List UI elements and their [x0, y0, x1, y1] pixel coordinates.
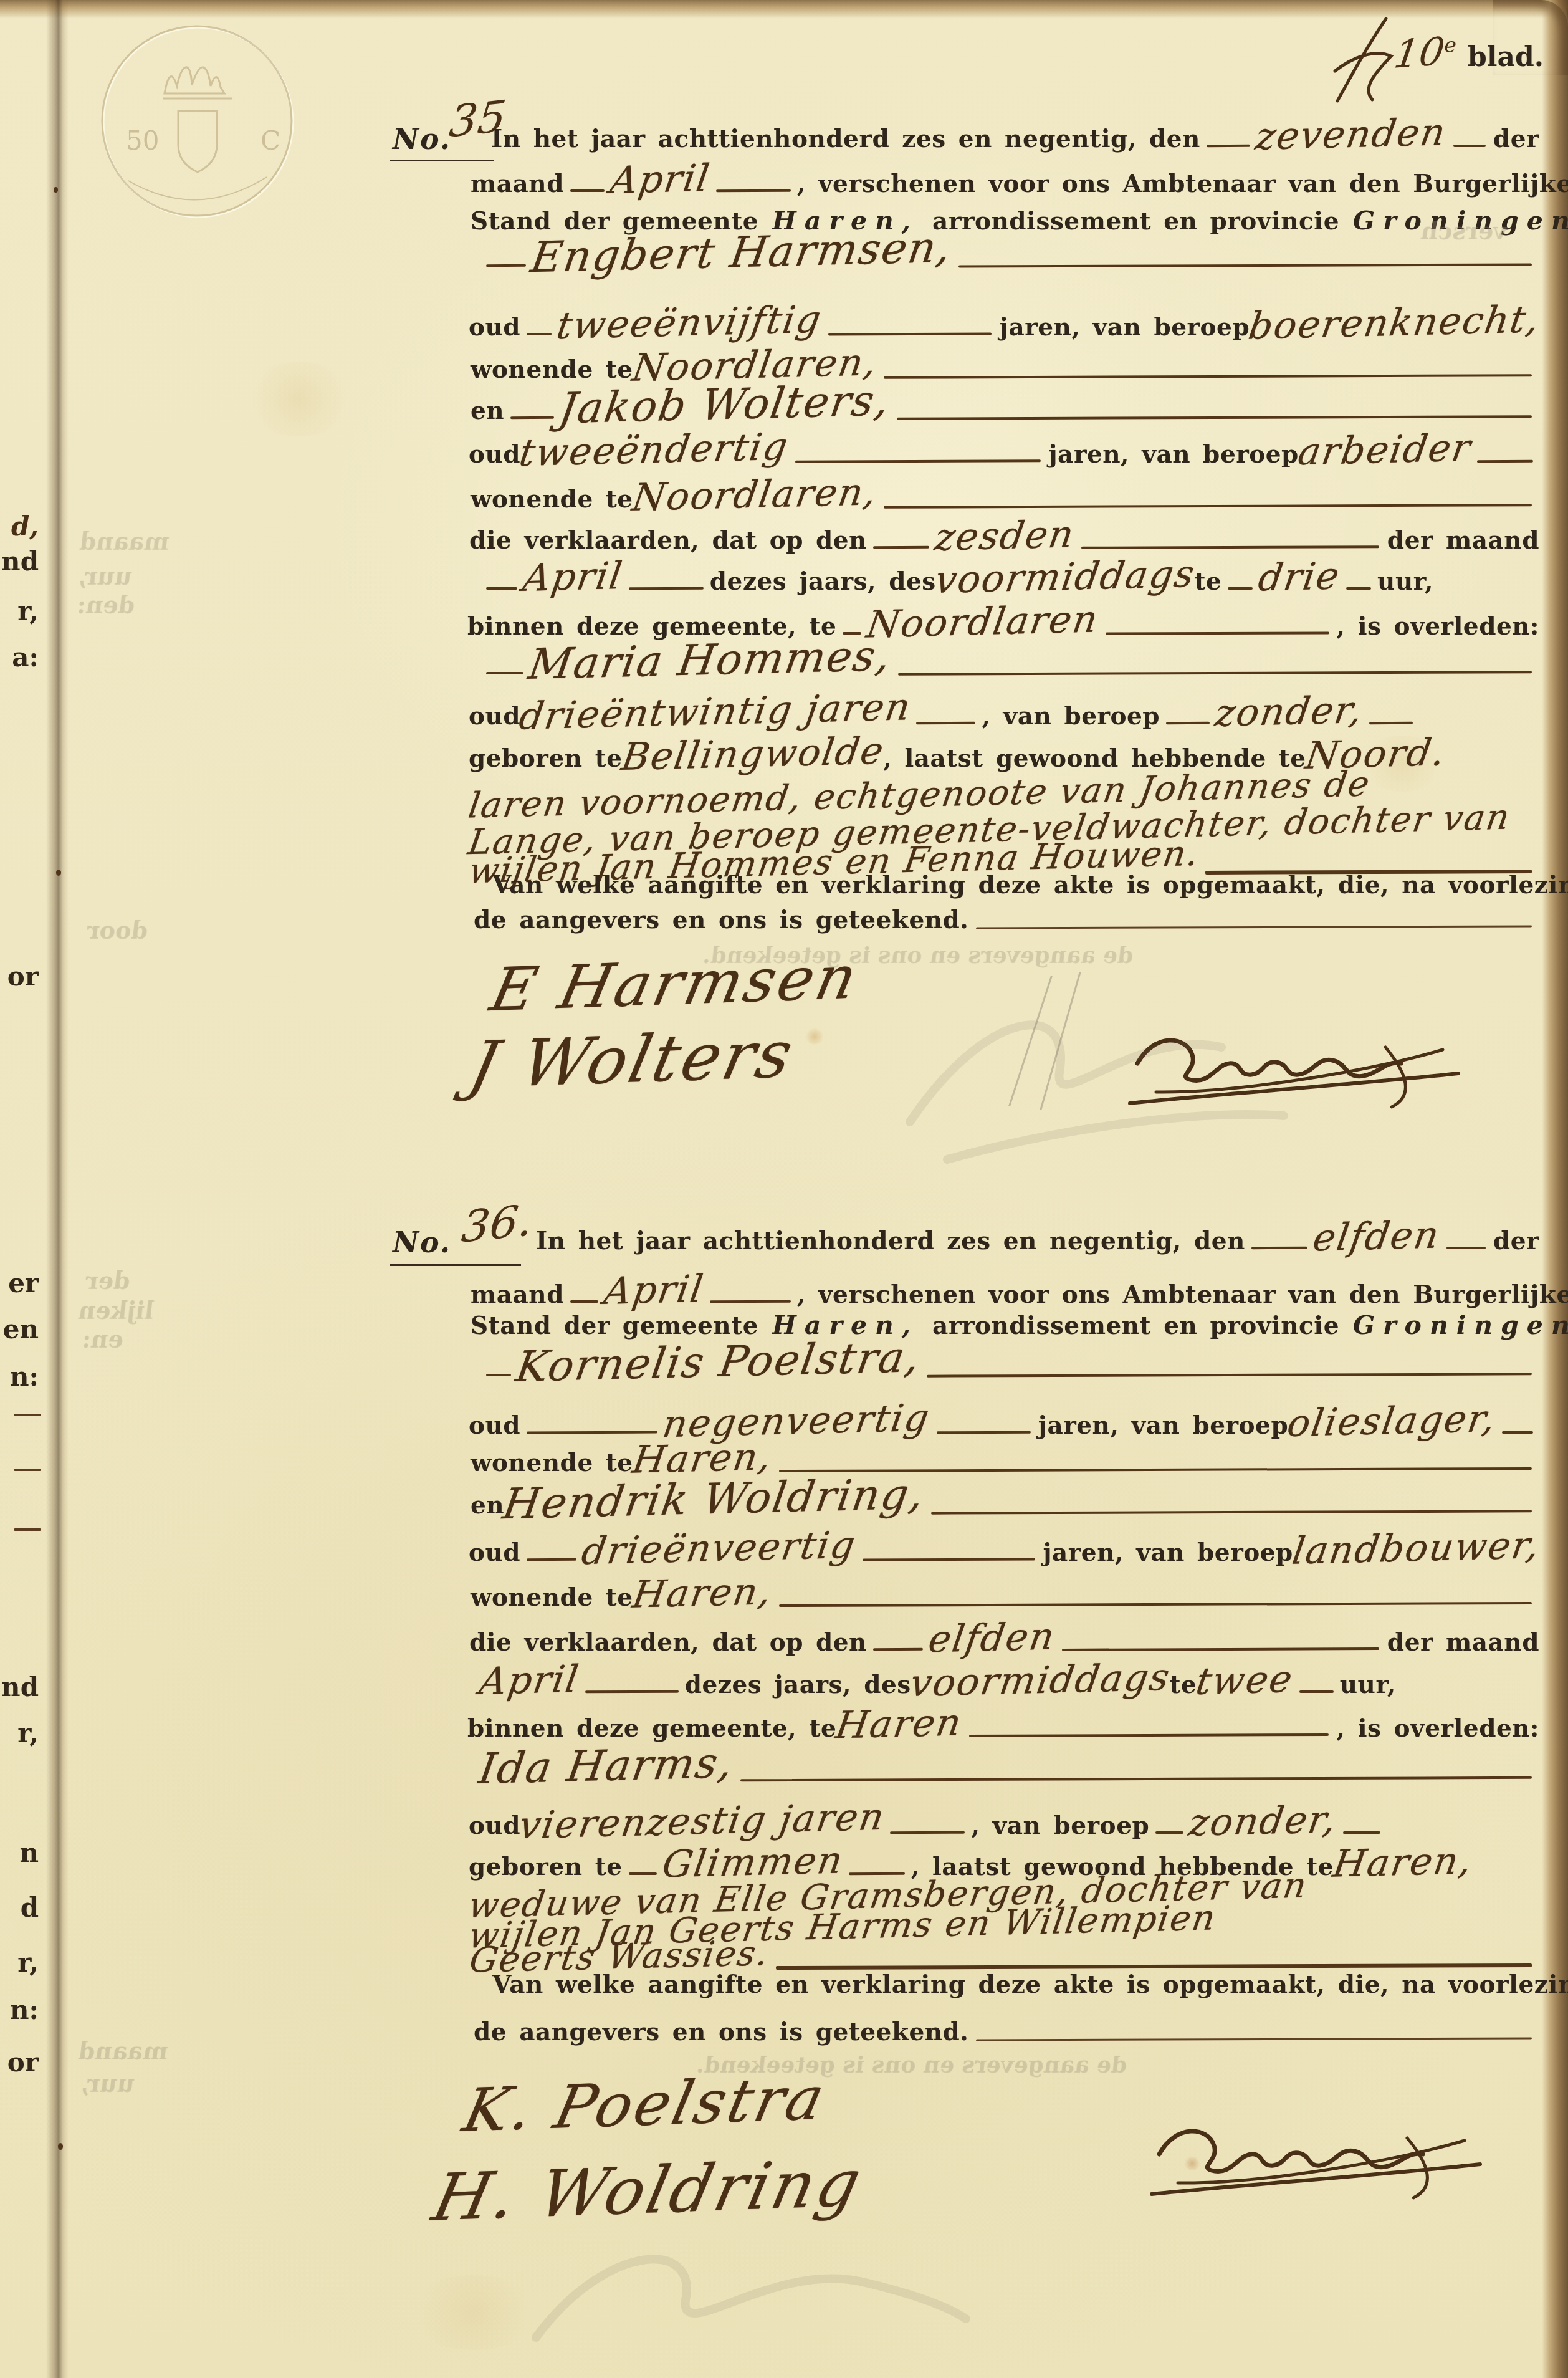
fold-speck	[54, 187, 58, 193]
declarant2-age: drieënveertig	[580, 1527, 859, 1571]
showthrough-text: uur,	[80, 2069, 136, 2098]
margin-fragment: en	[3, 1314, 39, 1345]
printed-text: , is overleden:	[1336, 611, 1539, 642]
margin-dash	[14, 1469, 41, 1471]
printed-text: dezes jaars, des	[685, 1670, 911, 1700]
printed-text: maand	[471, 1280, 564, 1310]
declarant1-name: Engbert Harmsen,	[528, 227, 955, 279]
handwritten-day: elfden	[1311, 1217, 1442, 1257]
line-closing2: de aangevers en ons is geteekend.	[474, 905, 1539, 936]
margin-fragment: r,	[17, 596, 39, 626]
seal-value: 50	[126, 125, 159, 156]
act-number-handwritten: 36.	[459, 1194, 535, 1252]
declarant1-occupation: boerenknecht,	[1246, 300, 1543, 345]
line-death-place: binnen deze gemeente, te Haren , is over…	[467, 1705, 1539, 1744]
printed-text: jaren, van beroep	[1049, 439, 1299, 470]
margin-fragment: n	[19, 1838, 39, 1868]
sheet-word-printed: blad.	[1468, 41, 1544, 73]
death-hour: drie	[1256, 557, 1342, 597]
line-declarant2-name: en Hendrik Woldring,	[471, 1479, 1539, 1521]
death-hour: twee	[1193, 1661, 1296, 1700]
margin-fragment: r,	[17, 1718, 39, 1748]
deceased-age: vierenzestig jaren	[517, 1798, 887, 1844]
line-deceased-age-occupation: oud drieëntwintig jaren , van beroep zon…	[469, 693, 1539, 732]
line-declarant2-age-occupation: oud drieënveertig jaren, van beroep land…	[469, 1530, 1539, 1568]
printed-text: maand	[471, 169, 564, 199]
printed-text: , verschenen voor ons Ambtenaar van den …	[797, 169, 1568, 199]
showthrough-text: den:	[76, 591, 136, 619]
printed-text: binnen deze gemeente, te	[467, 1714, 836, 1744]
margin-fragment: or	[7, 2047, 39, 2078]
showthrough-text: de aangevers en ons is geteekend.	[702, 942, 1135, 969]
declarant1-occupation: olieslager,	[1285, 1400, 1499, 1442]
line-declarant2-name: en Jakob Wolters,	[471, 384, 1539, 426]
printed-text: de aangevers en ons is geteekend.	[474, 2017, 968, 2048]
death-daypart: voormiddags	[907, 1659, 1172, 1702]
death-month: April	[520, 557, 626, 597]
deceased-occupation: zonder,	[1213, 691, 1366, 732]
line-month: maand April , verschenen voor ons Ambten…	[471, 1272, 1539, 1310]
printed-text: jaren, van beroep	[1043, 1538, 1293, 1568]
printed-text: , van beroep	[982, 701, 1160, 732]
fold-speck	[56, 870, 61, 876]
margin-fragment: d	[21, 1892, 39, 1923]
printed-text: oud	[469, 701, 520, 732]
margin-fragment: n:	[10, 1361, 39, 1392]
margin-fragment: r,	[17, 1947, 39, 1978]
showthrough-text: door	[86, 916, 150, 944]
declarant1-name: Kornelis Poelstra,	[514, 1336, 924, 1389]
printed-text: Van welke aangifte en verklaring deze ak…	[492, 870, 1568, 901]
death-day: zesden	[932, 515, 1077, 556]
binding-fold-crease	[46, 0, 69, 2378]
printed-text: de aangevers en ons is geteekend.	[474, 905, 968, 936]
showthrough-text: lijken	[77, 1297, 155, 1325]
line-year-day: In het jaar achttienhonderd zes en negen…	[491, 116, 1539, 155]
declarant1-age: tweeënvijftig	[555, 301, 825, 345]
printed-text: geboren te	[469, 1852, 623, 1882]
book-edge-right	[1542, 0, 1568, 2378]
printed-text: geboren te	[469, 744, 623, 774]
showthrough-signature-ghost	[511, 2219, 985, 2375]
death-place: Noordlaren	[864, 600, 1101, 643]
margin-fragment: n:	[10, 1995, 39, 2025]
declarant2-residence: Haren,	[630, 1573, 775, 1613]
printed-text: der maand	[1387, 525, 1539, 556]
showthrough-text: der	[85, 1267, 132, 1295]
printed-text: oud	[469, 1811, 520, 1841]
margin-dash	[14, 1414, 41, 1416]
line-death-day: die verklaarden, dat op den elfden der m…	[469, 1619, 1539, 1658]
line-closing1: Van welke aangifte en verklaring deze ak…	[492, 870, 1539, 901]
printed-text: In het jaar achttienhonderd zes en negen…	[536, 1226, 1245, 1257]
clerk-paraph-flourish	[1326, 11, 1401, 105]
line-declarant2-age-occupation: oud tweeëndertig jaren, van beroep arbei…	[469, 431, 1539, 470]
fold-speck	[58, 2143, 63, 2150]
handwritten-month: April	[608, 160, 713, 199]
printed-text: jaren, van beroep	[1038, 1411, 1288, 1441]
printed-text: , verschenen voor ons Ambtenaar van den …	[797, 1280, 1568, 1310]
line-death-day: die verklaarden, dat op den zesden der m…	[469, 517, 1539, 556]
printed-text: Stand der gemeente	[471, 1311, 758, 1341]
printed-text: der maand	[1387, 1628, 1539, 1658]
printed-text: oud	[469, 1411, 520, 1441]
line-declarant1-age-occupation: oud tweeënvijftig jaren, van beroep boer…	[469, 304, 1539, 343]
printed-text: wonende te	[471, 355, 633, 385]
death-daypart: voormiddags	[932, 555, 1197, 599]
printed-text: der	[1493, 1226, 1539, 1257]
deceased-name: Maria Hommes,	[526, 635, 894, 686]
act-number-label: No.	[393, 122, 451, 156]
deceased-birthplace: Bellingwolde	[619, 732, 887, 776]
sheet-number-ordinal: e	[1444, 33, 1456, 58]
paper-stain	[805, 1028, 824, 1045]
showthrough-text: versch	[1420, 217, 1509, 245]
printed-text: Van welke aangifte en verklaring deze ak…	[492, 1970, 1568, 2000]
printed-text: en	[471, 1490, 504, 1521]
line-closing1: Van welke aangifte en verklaring deze ak…	[492, 1970, 1539, 2000]
act-number-label: No.	[393, 1225, 451, 1259]
margin-fragment: nd	[1, 1672, 39, 1702]
printed-text: die verklaarden, dat op den	[469, 1628, 867, 1658]
sheet-number-handwritten: 10	[1391, 28, 1447, 77]
line-closing2: de aangevers en ons is geteekend.	[474, 2017, 1539, 2048]
line-declarant1-name: Kornelis Poelstra,	[480, 1341, 1539, 1384]
printed-text: die verklaarden, dat op den	[469, 525, 867, 556]
line-deceased-name: Maria Hommes,	[480, 640, 1539, 682]
line-deceased-birthplace: geboren te Bellingwolde , laatst gewoond…	[469, 736, 1539, 774]
showthrough-text: de aangevers en ons is geteekend.	[696, 2052, 1129, 2078]
printed-text: , van beroep	[971, 1811, 1149, 1841]
line-month: maand April , verschenen voor ons Ambten…	[471, 161, 1539, 199]
signature-declarant1: K. Poelstra	[458, 2068, 831, 2141]
showthrough-text: uur,	[77, 562, 133, 590]
printed-text: wonende te	[471, 1448, 633, 1479]
declarant2-name: Hendrik Woldring,	[500, 1474, 928, 1526]
province-name: Groningen:	[1353, 1310, 1568, 1340]
printed-text: wonende te	[471, 1583, 633, 1613]
line-deceased-age-occupation: oud vierenzestig jaren , van beroep zond…	[469, 1803, 1539, 1841]
printed-text: jaren, van beroep	[1000, 312, 1250, 343]
declarant2-name: Jakob Wolters,	[557, 380, 893, 431]
line-declarant1-name: Engbert Harmsen,	[480, 232, 1539, 274]
showthrough-text: en:	[81, 1325, 125, 1353]
embossed-revenue-seal: 50 C	[93, 17, 303, 227]
death-place: Haren	[833, 1704, 965, 1745]
printed-text: , is overleden:	[1336, 1714, 1539, 1744]
deceased-last-residence: Haren,	[1331, 1842, 1475, 1882]
signature-declarant2: H. Woldring	[428, 2150, 868, 2230]
sheet-label: 10e blad.	[1395, 30, 1544, 75]
death-day: elfden	[926, 1618, 1058, 1659]
deceased-age: drieëntwintig jaren	[517, 688, 914, 735]
printed-text: wonende te	[471, 484, 633, 515]
printed-text: oud	[469, 439, 520, 470]
printed-text: In het jaar achttienhonderd zes en negen…	[491, 124, 1200, 155]
showthrough-text: maand	[77, 2037, 170, 2065]
printed-text: te	[1169, 1670, 1197, 1700]
printed-text: oud	[469, 1538, 520, 1568]
declarant2-age: tweeëndertig	[517, 428, 791, 472]
printed-text: te	[1194, 567, 1221, 597]
line-death-month-hour: April dezes jaars, des voormiddags te dr…	[480, 559, 1539, 597]
line-declarant2-residence: wonende te Noordlaren,	[471, 476, 1539, 515]
line-declarant2-residence: wonende te Haren,	[471, 1575, 1539, 1613]
scanned-register-book: d, nd r, a: or er en n: nd r, n d r, n: …	[0, 0, 1568, 2378]
handwritten-day: zevenden	[1253, 113, 1449, 155]
death-month: April	[477, 1661, 582, 1700]
margin-fragment: a:	[12, 642, 39, 673]
printed-text: uur,	[1340, 1670, 1396, 1700]
line-deceased-name: Ida Harms,	[480, 1745, 1539, 1788]
declarant1-residence: Haren,	[630, 1438, 775, 1479]
printed-text: der	[1493, 124, 1539, 155]
official-signature-flourish	[1140, 2118, 1489, 2208]
declarant2-occupation: landbouwer,	[1289, 1527, 1542, 1570]
margin-fragment: er	[8, 1268, 39, 1298]
margin-fragment: d,	[11, 511, 39, 542]
handwritten-month: April	[601, 1270, 707, 1310]
showthrough-signature-ghost	[872, 972, 1309, 1172]
margin-dash	[14, 1528, 41, 1531]
line-declarant1-residence: wonende te Noordlaren,	[471, 347, 1539, 385]
line-death-place: binnen deze gemeente, te Noordlaren , is…	[467, 603, 1539, 642]
seal-letter: C	[261, 125, 280, 156]
declarant2-occupation: arbeider	[1296, 429, 1474, 471]
showthrough-text: maand	[79, 527, 171, 555]
margin-fragment: nd	[1, 546, 39, 577]
printed-text: dezes jaars, des	[710, 567, 936, 597]
line-death-month-hour: April dezes jaars, des voormiddags te tw…	[480, 1662, 1539, 1700]
deceased-name: Ida Harms,	[476, 1742, 737, 1791]
deceased-occupation: zonder,	[1187, 1801, 1340, 1842]
printed-text: uur,	[1377, 567, 1433, 597]
printed-text: arrondissement en provincie	[932, 1311, 1339, 1341]
line-year-day: In het jaar achttienhonderd zes en negen…	[536, 1218, 1539, 1257]
line-municipality: Stand der gemeente Haren, arrondissement…	[471, 1310, 1539, 1341]
line-declarant1-age-occupation: oud negenveertig jaren, van beroep olies…	[469, 1402, 1539, 1441]
act-number-rule	[390, 1264, 521, 1266]
margin-fragment: or	[7, 961, 39, 992]
paper-stain	[243, 362, 355, 436]
signature-declarant2: J Wolters	[464, 1022, 800, 1098]
facing-page-sliver: d, nd r, a: or er en n: nd r, n d r, n: …	[0, 0, 41, 2378]
declarant2-residence: Noordlaren,	[629, 473, 879, 517]
line-declarant1-residence: wonende te Haren,	[471, 1440, 1539, 1479]
printed-text: oud	[469, 312, 520, 343]
printed-text: en	[471, 396, 504, 426]
